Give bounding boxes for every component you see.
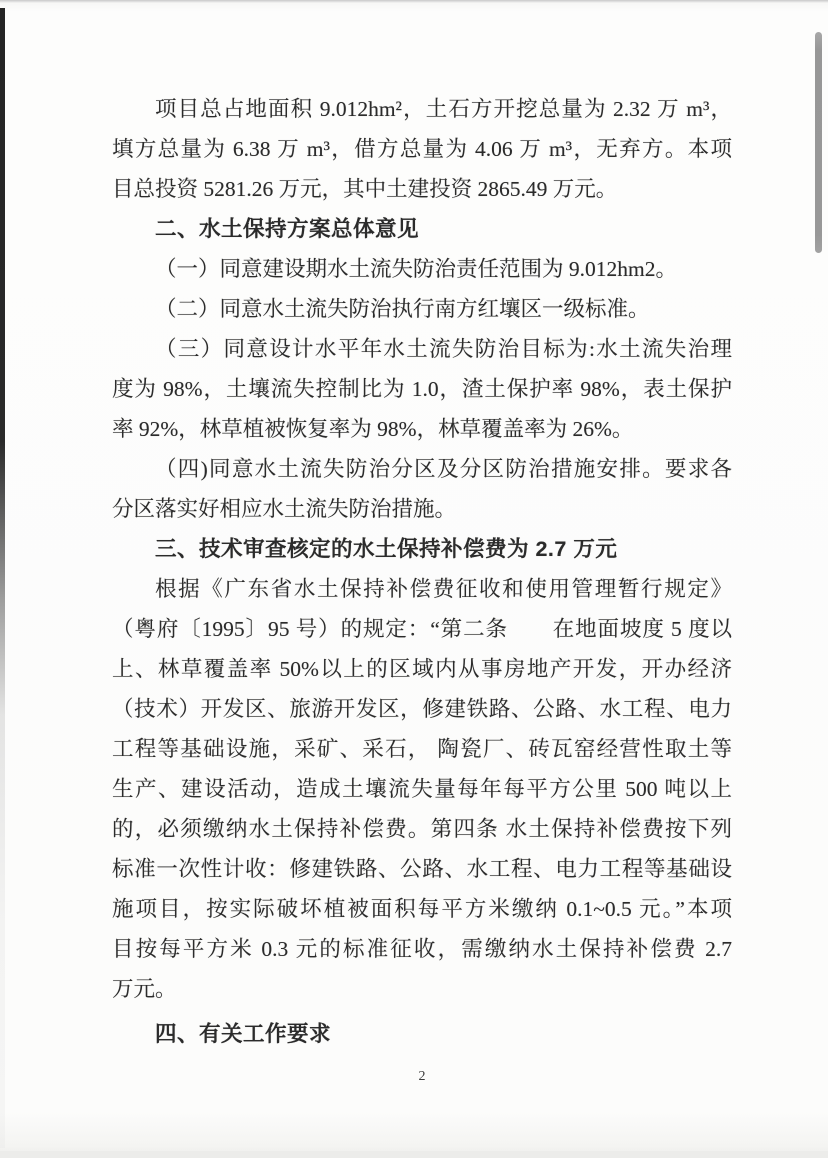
text-line: 项目总占地面积 9.012hm²，土石方开挖总量为 2.32 万 m³， xyxy=(112,89,732,129)
text-line: （技术）开发区、旅游开发区，修建铁路、公路、水工程、电力 xyxy=(112,689,732,729)
scan-edge-top xyxy=(0,0,828,3)
text-line: 分区落实好相应水土流失防治措施。 xyxy=(112,489,732,529)
text-line: 目总投资 5281.26 万元，其中土建投资 2865.49 万元。 xyxy=(112,169,732,209)
text-line: 的，必须缴纳水土保持补偿费。第四条 水土保持补偿费按下列 xyxy=(112,809,732,849)
text-line: 标准一次性计收：修建铁路、公路、水工程、电力工程等基础设 xyxy=(112,849,732,889)
text-line: （粤府〔1995〕95 号）的规定：“第二条 在地面坡度 5 度以 xyxy=(112,609,732,649)
section-heading-4: 四、有关工作要求 xyxy=(112,1014,732,1054)
text-line: 填方总量为 6.38 万 m³，借方总量为 4.06 万 m³，无弃方。本项 xyxy=(112,129,732,169)
text-line: 率 92%，林草植被恢复率为 98%，林草覆盖率为 26%。 xyxy=(112,409,732,449)
section-heading-3: 三、技术审查核定的水土保持补偿费为 2.7 万元 xyxy=(112,529,732,569)
scan-edge-bottom xyxy=(0,1151,828,1158)
text-line: （四)同意水土流失防治分区及分区防治措施安排。要求各 xyxy=(112,449,732,489)
text-line: 根据《广东省水土保持补偿费征收和使用管理暂行规定》 xyxy=(112,569,732,609)
text-line: 施项目，按实际破坏植被面积每平方米缴纳 0.1~0.5 元。”本项 xyxy=(112,889,732,929)
text-line: （三）同意设计水平年水土流失防治目标为:水土流失治理 xyxy=(112,329,732,369)
text-line: 万元。 xyxy=(112,969,732,1009)
text-line: （二）同意水土流失防治执行南方红壤区一级标准。 xyxy=(112,289,732,329)
document-page: 项目总占地面积 9.012hm²，土石方开挖总量为 2.32 万 m³， 填方总… xyxy=(112,89,732,1086)
text-line: （一）同意建设期水土流失防治责任范围为 9.012hm2。 xyxy=(112,249,732,289)
page-number: 2 xyxy=(112,1068,732,1086)
text-line: 生产、建设活动，造成土壤流失量每年每平方公里 500 吨以上 xyxy=(112,769,732,809)
scrollbar-thumb[interactable] xyxy=(815,32,822,253)
section-heading-2: 二、水土保持方案总体意见 xyxy=(112,209,732,249)
document-viewer: 项目总占地面积 9.012hm²，土石方开挖总量为 2.32 万 m³， 填方总… xyxy=(0,0,828,1158)
text-line: 目按每平方米 0.3 元的标准征收，需缴纳水土保持补偿费 2.7 xyxy=(112,929,732,969)
scan-edge-left xyxy=(0,8,5,1148)
text-line: 度为 98%，土壤流失控制比为 1.0，渣土保护率 98%，表土保护 xyxy=(112,369,732,409)
text-line: 上、林草覆盖率 50%以上的区域内从事房地产开发，开办经济 xyxy=(112,649,732,689)
text-line: 工程等基础设施，采矿、采石， 陶瓷厂、砖瓦窑经营性取土等 xyxy=(112,729,732,769)
